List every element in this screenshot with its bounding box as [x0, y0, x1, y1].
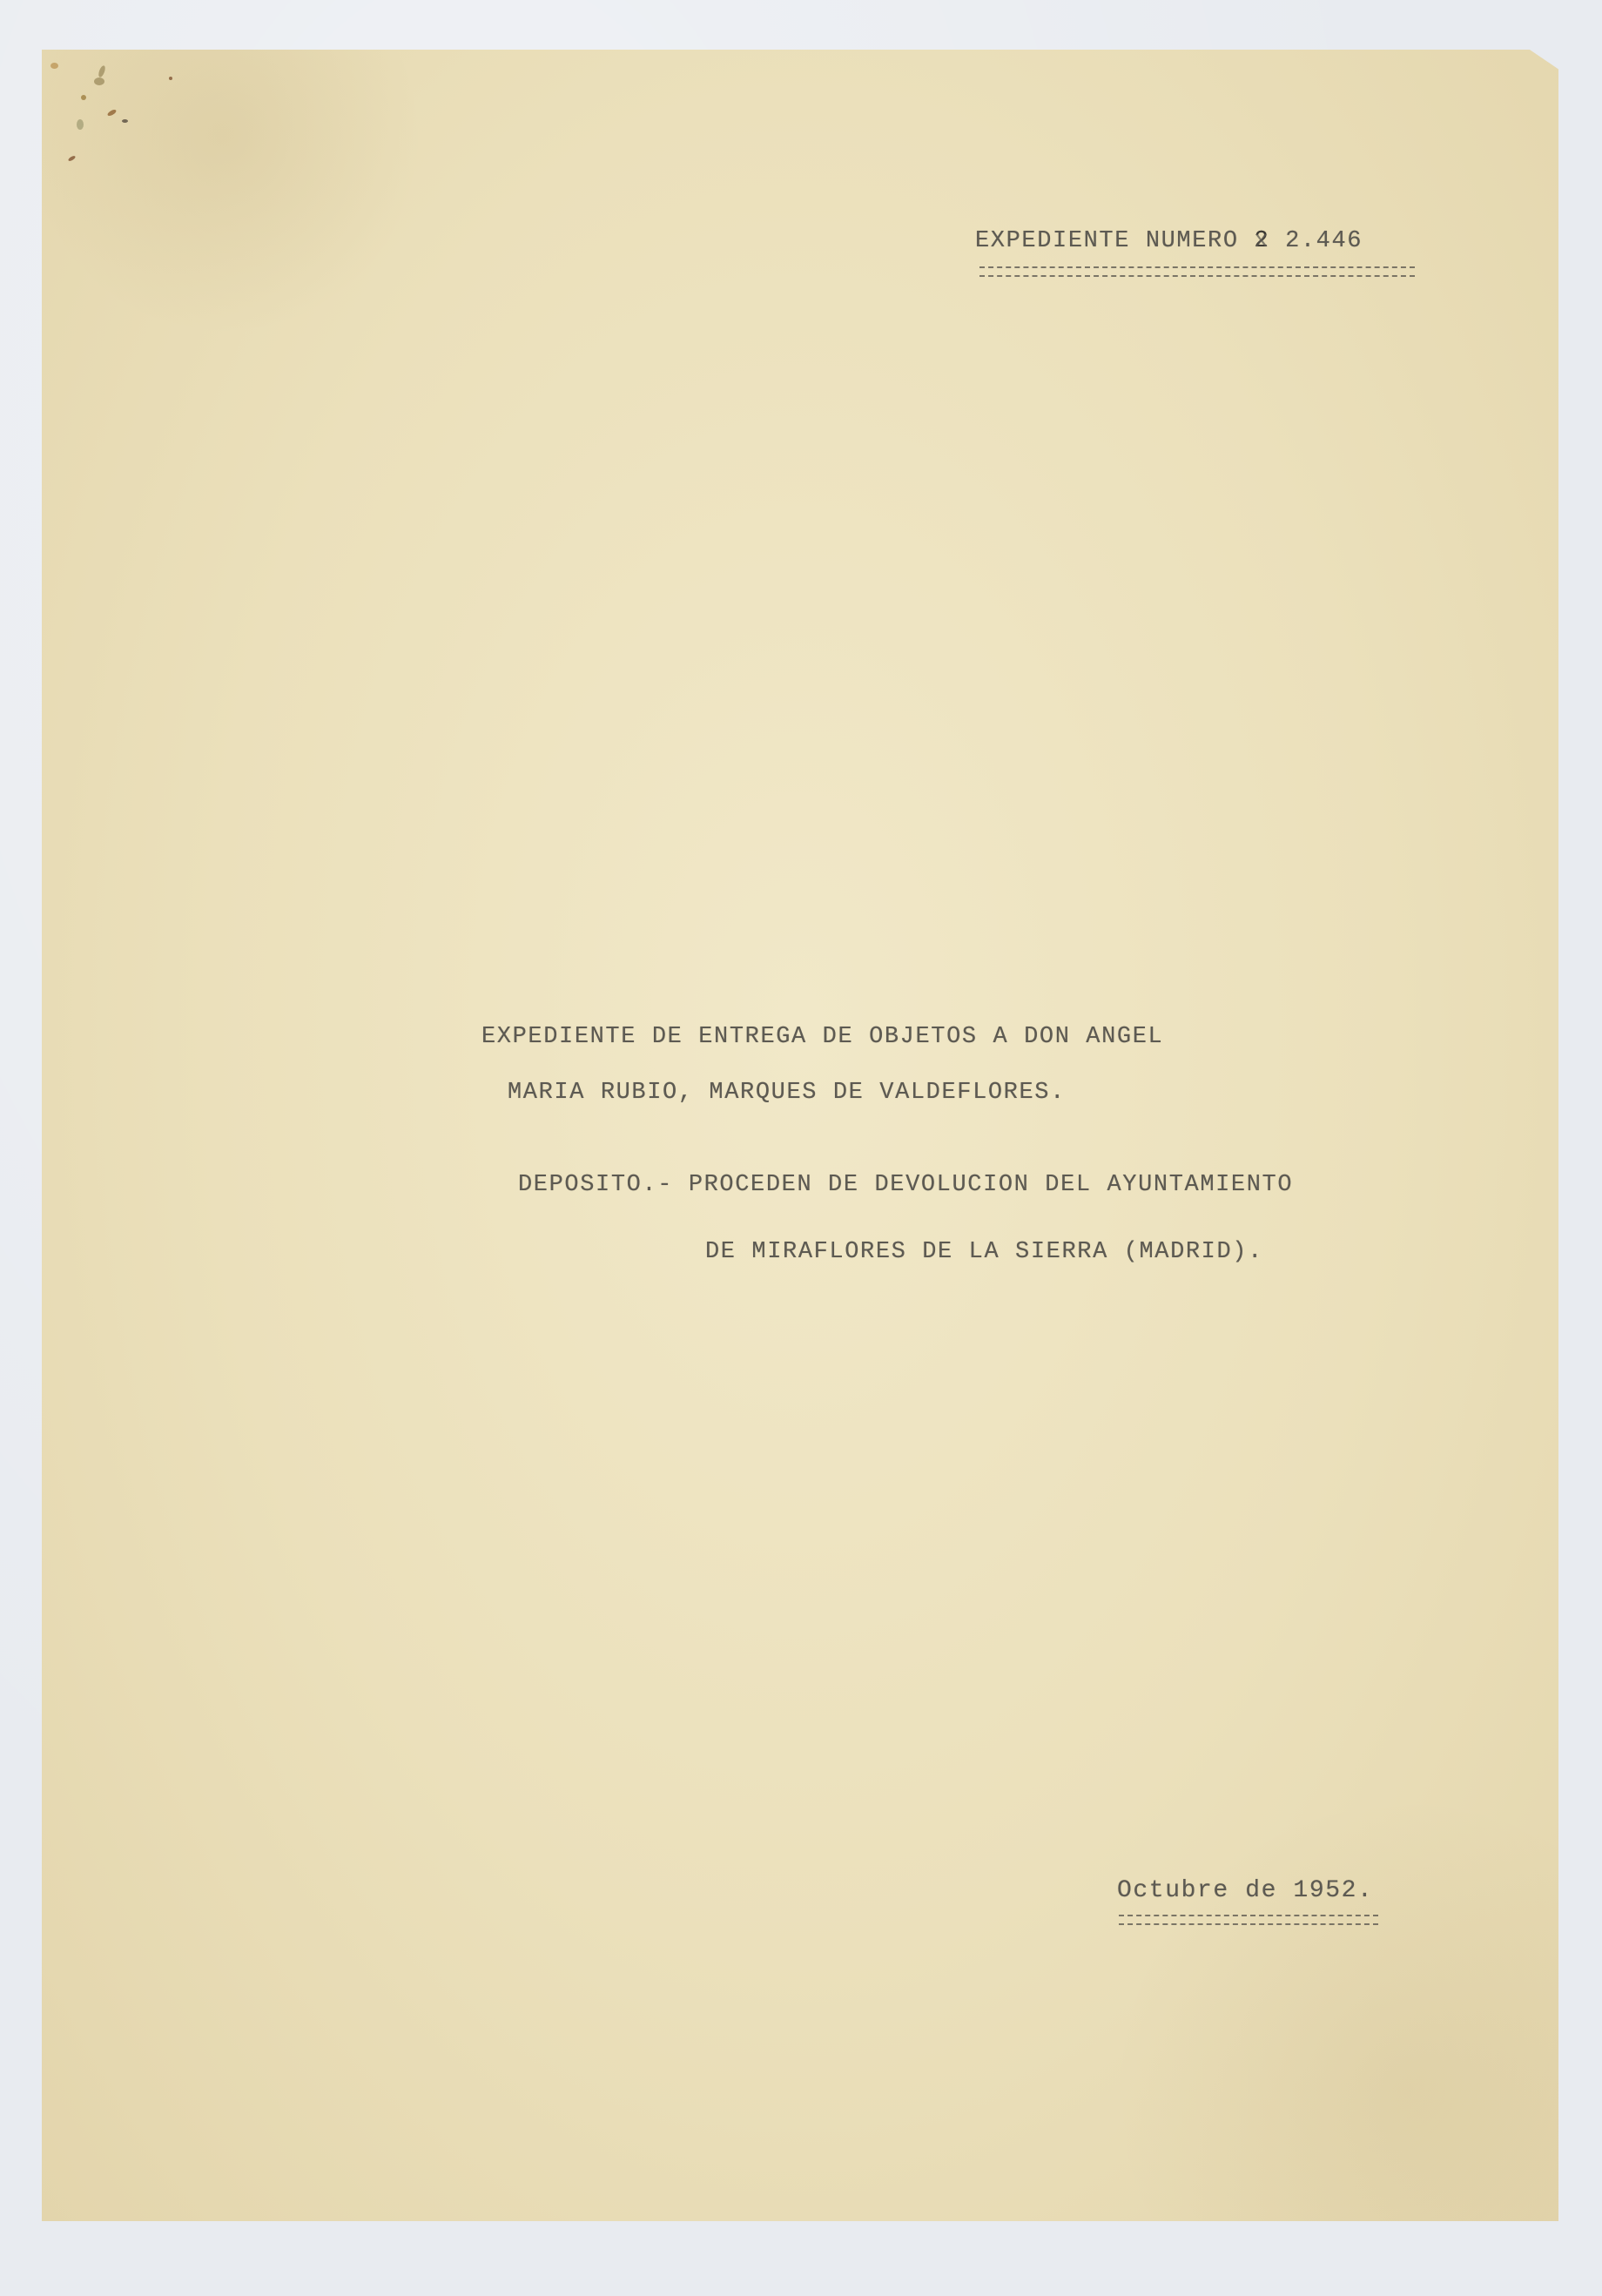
foxing-stain — [94, 77, 104, 85]
foxing-stain — [169, 77, 172, 80]
file-number-value: 2.446 — [1269, 228, 1363, 254]
foxing-stain — [77, 119, 84, 130]
foxing-stain — [122, 119, 128, 123]
deposit-line-1: DEPOSITO.- PROCEDEN DE DEVOLUCION DEL AY… — [518, 1172, 1293, 1198]
foxing-stain — [50, 63, 58, 69]
date-underline — [1119, 1915, 1378, 1925]
overstruck-character: x2 — [1254, 228, 1269, 254]
file-number-underline — [979, 266, 1415, 277]
foxing-stain — [68, 155, 77, 162]
deposit-line-2: DE MIRAFLORES DE LA SIERRA (MADRID). — [705, 1239, 1263, 1265]
foxing-stain — [81, 95, 86, 100]
foxing-stain — [98, 64, 106, 77]
document-date: Octubre de 1952. — [1117, 1877, 1373, 1904]
title-line-1: EXPEDIENTE DE ENTREGA DE OBJETOS A DON A… — [481, 1024, 1163, 1050]
file-number-prefix: EXPEDIENTE NUMERO — [975, 228, 1254, 254]
file-number-heading: EXPEDIENTE NUMERO x2 2.446 — [975, 228, 1363, 254]
title-line-2: MARIA RUBIO, MARQUES DE VALDEFLORES. — [508, 1080, 1066, 1106]
foxing-stain — [106, 109, 117, 118]
